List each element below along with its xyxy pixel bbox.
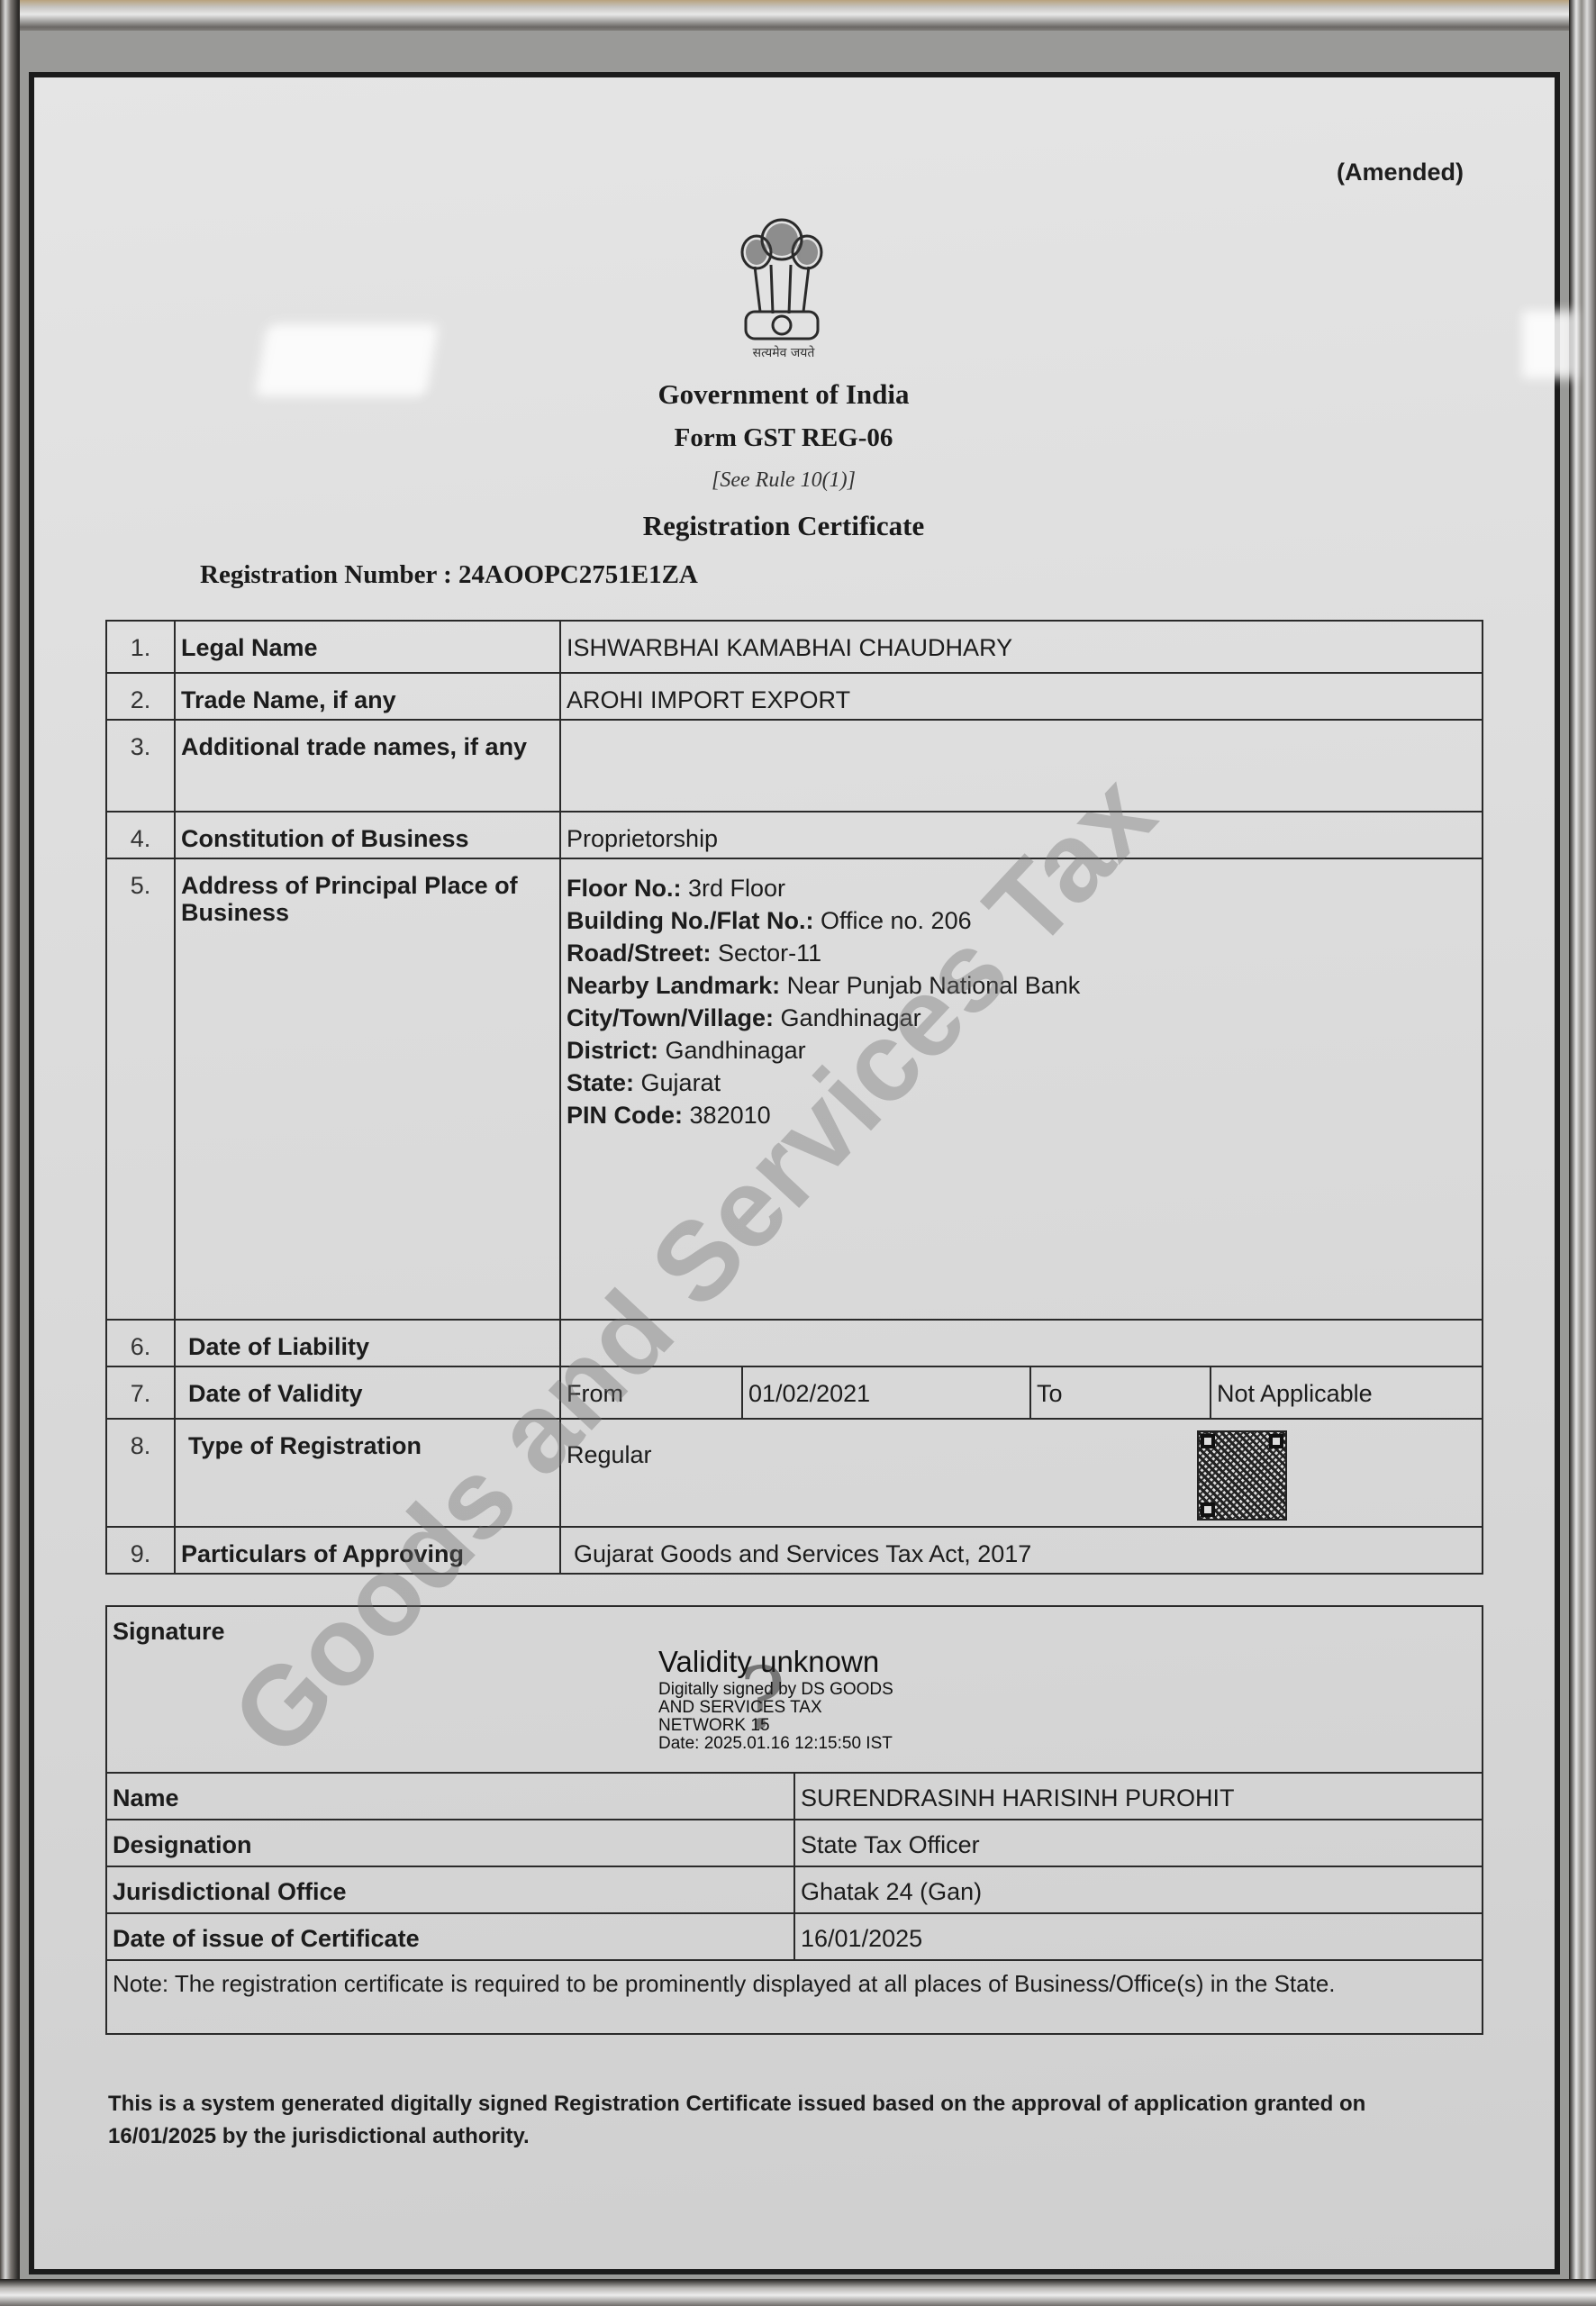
government-title: Government of India [0,378,1567,411]
constitution-value: Proprietorship [560,812,1483,858]
row-number: 6. [106,1320,175,1366]
officer-row: Jurisdictional Office Ghatak 24 (Gan) [106,1866,1483,1913]
address-line: Road/Street: Sector-11 [567,937,1476,969]
row-number: 1. [106,621,175,673]
certificate-title: Registration Certificate [0,510,1567,542]
table-row: 9. Particulars of Approving Gujarat Good… [106,1527,1483,1574]
officer-row: Date of issue of Certificate 16/01/2025 [106,1913,1483,1960]
row-number: 5. [106,858,175,1320]
address-value: Floor No.: 3rd Floor Building No./Flat N… [560,858,1483,1320]
table-row: 7. Date of Validity From 01/02/2021 To N… [106,1366,1483,1419]
officer-name-value: SURENDRASINH HARISINH PUROHIT [794,1773,1483,1820]
row-number: 4. [106,812,175,858]
row-number: 3. [106,720,175,812]
form-title: Form GST REG-06 [0,423,1567,453]
table-row: 5. Address of Principal Place of Busines… [106,858,1483,1320]
registration-number: Registration Number : 24AOOPC2751E1ZA [200,560,698,590]
validity-to-label: To [1031,1367,1211,1418]
row-number: 8. [106,1419,175,1527]
additional-trade-names-value [560,720,1483,812]
row-label: Additional trade names, if any [175,720,560,812]
validity-from-date: 01/02/2021 [743,1367,1031,1418]
row-number: 7. [106,1366,175,1419]
rule-reference: [See Rule 10(1)] [0,468,1567,493]
signature-cell: Signature ? Validity unknown Digitally s… [106,1606,1483,1773]
address-line: District: Gandhinagar [567,1034,1476,1067]
address-line: State: Gujarat [567,1067,1476,1099]
address-line: City/Town/Village: Gandhinagar [567,1002,1476,1034]
glass-reflection [255,324,439,396]
row-number: 2. [106,673,175,720]
officer-label: Name [106,1773,794,1820]
jurisdictional-office-value: Ghatak 24 (Gan) [794,1866,1483,1913]
signature-row: Signature ? Validity unknown Digitally s… [106,1606,1483,1773]
frame-bottom-edge [0,2279,1596,2306]
address-line: Floor No.: 3rd Floor [567,872,1476,904]
table-row: 4. Constitution of Business Proprietorsh… [106,812,1483,858]
row-number: 9. [106,1527,175,1574]
validity-to-value: Not Applicable [1211,1367,1482,1418]
row-label: Date of Validity [175,1366,560,1419]
table-row: 6. Date of Liability [106,1320,1483,1366]
approving-act-value: Gujarat Goods and Services Tax Act, 2017 [560,1527,1483,1574]
row-label: Date of Liability [175,1320,560,1366]
table-row: 8. Type of Registration Regular [106,1419,1483,1527]
date-of-liability-value [560,1320,1483,1366]
legal-name-value: ISHWARBHAI KAMABHAI CHAUDHARY [560,621,1483,673]
registration-number-label: Registration Number : [200,560,458,589]
row-label: Trade Name, if any [175,673,560,720]
note-row: Note: The registration certificate is re… [106,1960,1483,2034]
row-label: Type of Registration [175,1419,560,1527]
registration-type-text: Regular [567,1432,1476,1468]
frame-left-edge [0,0,20,2306]
row-label: Address of Principal Place of Business [175,858,560,1320]
qr-code-icon [1197,1430,1287,1521]
amended-label: (Amended) [1337,159,1464,186]
registration-details-table: 1. Legal Name ISHWARBHAI KAMABHAI CHAUDH… [105,620,1483,1575]
table-row: 2. Trade Name, if any AROHI IMPORT EXPOR… [106,673,1483,720]
officer-label: Designation [106,1820,794,1866]
address-line: Building No./Flat No.: Office no. 206 [567,904,1476,937]
emblem-motto: सत्यमेव जयते [739,344,829,361]
date-of-validity-value: From 01/02/2021 To Not Applicable [560,1366,1483,1419]
address-line: Nearby Landmark: Near Punjab National Ba… [567,969,1476,1002]
row-label: Constitution of Business [175,812,560,858]
registration-type-value: Regular [560,1419,1483,1527]
designation-value: State Tax Officer [794,1820,1483,1866]
glass-reflection [1522,311,1576,378]
row-label: Particulars of Approving [175,1527,560,1574]
digital-signature-block: ? Validity unknown Digitally signed by D… [658,1648,893,1753]
national-emblem-icon [735,213,829,348]
officer-label: Date of issue of Certificate [106,1913,794,1960]
footer-statement: This is a system generated digitally sig… [108,2088,1477,2153]
officer-row: Designation State Tax Officer [106,1820,1483,1866]
question-mark-icon: ? [739,1654,803,1744]
address-line: PIN Code: 382010 [567,1099,1476,1131]
table-row: 3. Additional trade names, if any [106,720,1483,812]
table-row: 1. Legal Name ISHWARBHAI KAMABHAI CHAUDH… [106,621,1483,673]
note-text: Note: The registration certificate is re… [106,1960,1483,2034]
signature-table: Signature ? Validity unknown Digitally s… [105,1605,1483,2035]
officer-row: Name SURENDRASINH HARISINH PUROHIT [106,1773,1483,1820]
trade-name-value: AROHI IMPORT EXPORT [560,673,1483,720]
validity-grid: From 01/02/2021 To Not Applicable [561,1367,1482,1418]
signature-label: Signature [113,1618,1476,1645]
row-label: Legal Name [175,621,560,673]
officer-label: Jurisdictional Office [106,1866,794,1913]
registration-number-value: 24AOOPC2751E1ZA [458,560,698,589]
issue-date-value: 16/01/2025 [794,1913,1483,1960]
validity-from-label: From [561,1367,743,1418]
